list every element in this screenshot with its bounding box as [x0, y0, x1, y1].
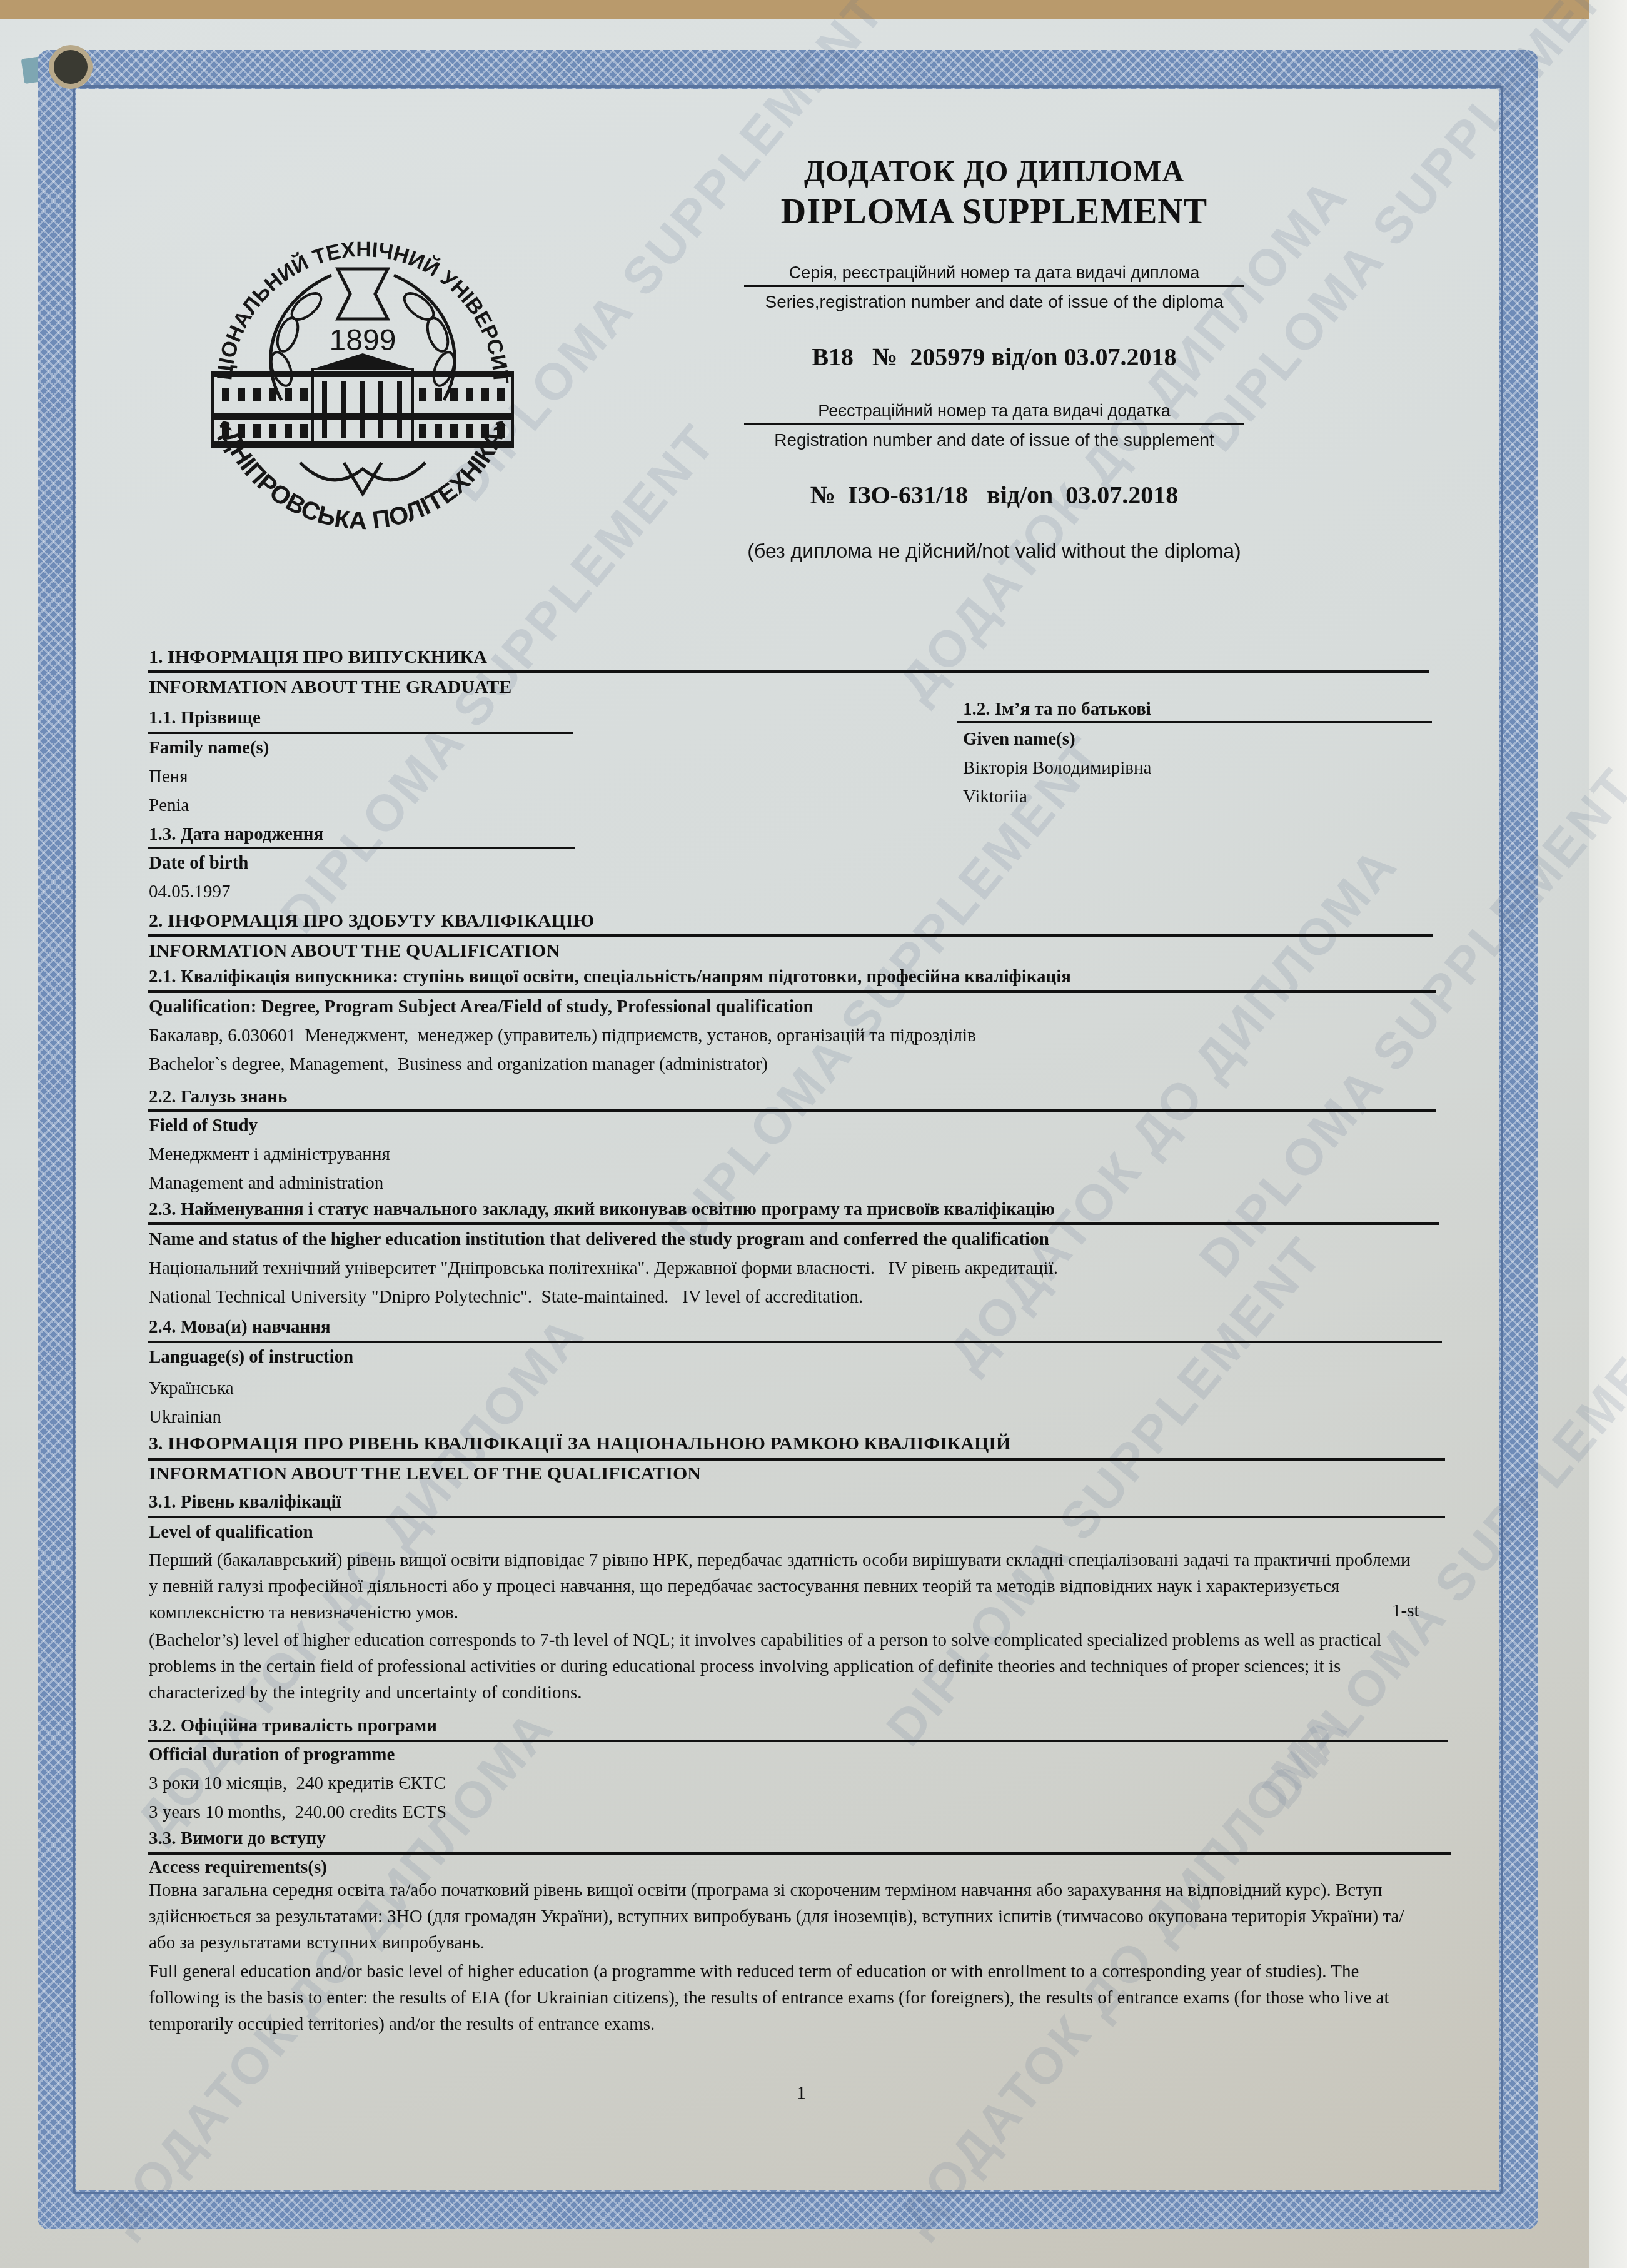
university-seal-logo: НАЦІОНАЛЬНИЙ ТЕХНІЧНИЙ УНІВЕРСИТЕТ «ДНІП…	[188, 200, 538, 550]
family-name-label-uk: 1.1. Прізвище	[149, 708, 261, 728]
section-3-title-en: INFORMATION ABOUT THE LEVEL OF THE QUALI…	[149, 1463, 701, 1484]
divider	[148, 1740, 1448, 1742]
duration-label-uk: 3.2. Офіційна тривалість програми	[149, 1716, 437, 1736]
divider	[148, 1222, 1439, 1225]
field-label-en: Field of Study	[149, 1116, 258, 1136]
language-value-uk: Українська	[149, 1378, 234, 1399]
institution-label-en: Name and status of the higher education …	[149, 1229, 1049, 1250]
field-label-uk: 2.2. Галузь знань	[149, 1087, 287, 1107]
supplement-label-en: Registration number and date of issue of…	[744, 430, 1244, 450]
family-name-value-en: Penia	[149, 795, 189, 816]
given-name-label-en: Given name(s)	[963, 729, 1075, 750]
section-2-title-en: INFORMATION ABOUT THE QUALIFICATION	[149, 940, 560, 962]
qualification-value-uk: Бакалавр, 6.030601 Менеджмент, менеджер …	[149, 1026, 976, 1046]
language-value-en: Ukrainian	[149, 1407, 221, 1428]
language-label-uk: 2.4. Мова(и) навчання	[149, 1317, 331, 1338]
title-uk: ДОДАТОК ДО ДИПЛОМА	[744, 153, 1244, 191]
validity-note: (без диплома не дійсний/not valid withou…	[707, 540, 1282, 563]
birth-date-label-en: Date of birth	[149, 853, 248, 874]
access-label-uk: 3.3. Вимоги до вступу	[149, 1828, 326, 1849]
institution-label-uk: 2.3. Найменування і статус навчального з…	[149, 1199, 1055, 1220]
qualification-label-uk: 2.1. Кваліфікація випускника: ступінь ви…	[149, 967, 1071, 987]
divider	[148, 1341, 1442, 1343]
divider	[148, 990, 1436, 993]
level-label-en: Level of qualification	[149, 1522, 313, 1543]
field-value-en: Management and administration	[149, 1173, 383, 1194]
diploma-number: B18 № 205979 від/on 03.07.2018	[744, 342, 1244, 371]
language-label-en: Language(s) of instruction	[149, 1347, 353, 1368]
level-label-uk: 3.1. Рівень кваліфікації	[149, 1492, 341, 1513]
qualification-value-en: Bachelor`s degree, Management, Business …	[149, 1054, 768, 1075]
seal-year: 1899	[330, 324, 396, 357]
section-1-title-uk: 1. ІНФОРМАЦІЯ ПРО ВИПУСКНИКА	[149, 647, 487, 668]
section-1-title-en: INFORMATION ABOUT THE GRADUATE	[149, 677, 511, 698]
divider	[148, 732, 573, 734]
level-text-uk: Перший (бакалаврський) рівень вищої осві…	[149, 1547, 1418, 1626]
divider	[148, 1458, 1445, 1461]
access-text-uk: Повна загальна середня освіта та/або поч…	[149, 1877, 1424, 1956]
institution-value-en: National Technical University "Dnipro Po…	[149, 1287, 863, 1308]
supplement-number: № ІЗО-631/18 від/on 03.07.2018	[744, 480, 1244, 510]
institution-value-uk: Національний технічний університет "Дніп…	[149, 1258, 1058, 1279]
section-3-title-uk: 3. ІНФОРМАЦІЯ ПРО РІВЕНЬ КВАЛІФІКАЦІЇ ЗА…	[149, 1433, 1010, 1454]
given-name-value-uk: Вікторія Володимирівна	[963, 758, 1151, 779]
divider	[148, 670, 1429, 673]
page-number: 1	[797, 2082, 806, 2104]
divider	[148, 847, 575, 849]
supplement-label-uk: Реєстраційний номер та дата видачі додат…	[744, 401, 1244, 425]
divider	[148, 1852, 1451, 1855]
title-en: DIPLOMA SUPPLEMENT	[744, 191, 1244, 233]
divider	[148, 1516, 1445, 1518]
divider	[957, 721, 1432, 723]
field-value-uk: Менеджмент і адміністрування	[149, 1144, 390, 1165]
birth-date-label-uk: 1.3. Дата народження	[149, 824, 323, 845]
access-text-en: Full general education and/or basic leve…	[149, 1958, 1424, 2037]
divider	[148, 1109, 1436, 1112]
qualification-label-en: Qualification: Degree, Program Subject A…	[149, 997, 813, 1017]
level-text-en: (Bachelor’s) level of higher education c…	[149, 1627, 1418, 1706]
diploma-label-uk: Серія, реєстраційний номер та дата видач…	[744, 263, 1244, 287]
diploma-label-en: Series,registration number and date of i…	[744, 292, 1244, 312]
given-name-label-uk: 1.2. Ім’я та по батькові	[963, 699, 1151, 720]
level-en-prefix: 1-st	[1392, 1601, 1419, 1621]
duration-value-en: 3 years 10 months, 240.00 credits ECTS	[149, 1802, 446, 1823]
duration-value-uk: 3 роки 10 місяців, 240 кредитів ЄКТС	[149, 1773, 446, 1794]
birth-date-value: 04.05.1997	[149, 882, 231, 902]
section-2-title-uk: 2. ІНФОРМАЦІЯ ПРО ЗДОБУТУ КВАЛІФІКАЦІЮ	[149, 910, 594, 932]
family-name-label-en: Family name(s)	[149, 738, 269, 759]
document-header: ДОДАТОК ДО ДИПЛОМА DIPLOMA SUPPLEMENT Се…	[744, 153, 1244, 563]
given-name-value-en: Viktoriia	[963, 787, 1027, 807]
family-name-value-uk: Пеня	[149, 767, 188, 787]
duration-label-en: Official duration of programme	[149, 1745, 395, 1765]
access-label-en: Access requirements(s)	[149, 1857, 327, 1878]
divider	[148, 934, 1433, 937]
